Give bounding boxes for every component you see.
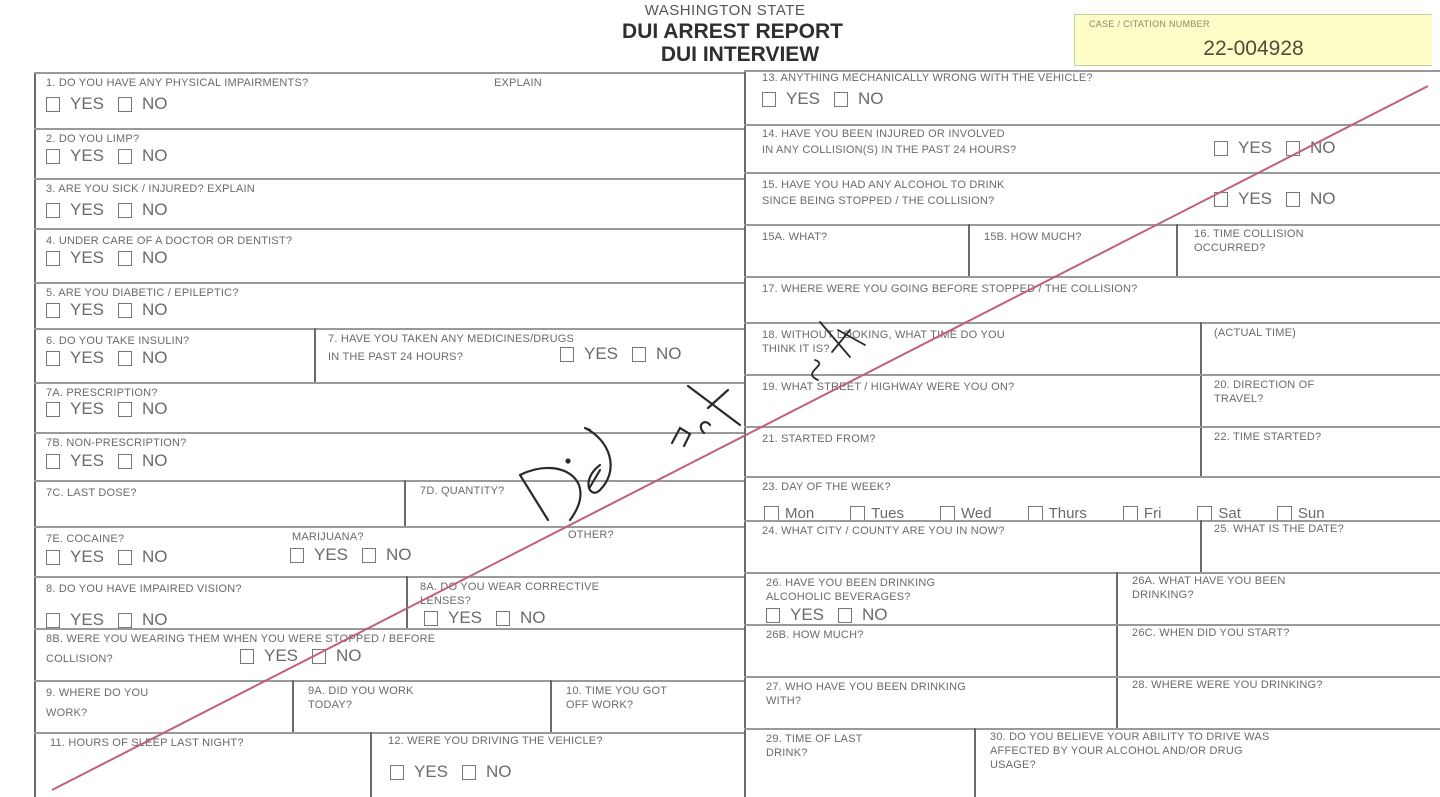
q7a-yes-checkbox[interactable] (46, 402, 60, 417)
marijuana-label: MARIJUANA? (292, 530, 364, 544)
case-number-box: CASE / CITATION NUMBER 22-004928 (1074, 14, 1432, 66)
question-21: 21. STARTED FROM? (762, 432, 876, 446)
row-divider (34, 328, 744, 330)
marijuana-yes-checkbox[interactable] (290, 548, 304, 563)
cell-divider (550, 680, 552, 732)
yes-label: YES (314, 545, 348, 565)
question-12: 12. WERE YOU DRIVING THE VEHICLE? (388, 734, 603, 748)
q8-no-checkbox[interactable] (118, 613, 132, 628)
wed-checkbox[interactable] (940, 506, 955, 521)
row-divider (744, 676, 1440, 678)
row-divider (744, 476, 1440, 478)
row-divider (744, 624, 1440, 626)
no-label: NO (1310, 138, 1336, 158)
question-8b: 8B. WERE YOU WEARING THEM WHEN YOU WERE … (46, 632, 435, 646)
mon-checkbox[interactable] (764, 506, 779, 521)
no-label: NO (1310, 189, 1336, 209)
no-label: NO (142, 94, 168, 114)
question-7: 7. HAVE YOU TAKEN ANY MEDICINES/DRUGS (328, 332, 574, 346)
yes-label: YES (786, 89, 820, 109)
q4-yes-checkbox[interactable] (46, 251, 60, 266)
row-divider (34, 628, 744, 630)
question-14-options: YES NO (1214, 138, 1350, 158)
question-7b-options: YES NO (46, 451, 182, 471)
question-26-line2: ALCOHOLIC BEVERAGES? (766, 590, 911, 604)
cell-divider (1116, 572, 1118, 728)
row-divider (34, 680, 744, 682)
question-13-options: YES NO (762, 89, 898, 109)
row-divider (744, 124, 1440, 126)
yes-label: YES (70, 348, 104, 368)
row-divider (34, 576, 744, 578)
question-20-line2: TRAVEL? (1214, 392, 1264, 406)
question-3: 3. ARE YOU SICK / INJURED? EXPLAIN (46, 182, 255, 196)
row-divider (34, 282, 744, 284)
no-label: NO (656, 344, 682, 364)
yes-label: YES (70, 200, 104, 220)
q12-no-checkbox[interactable] (462, 765, 476, 780)
q7-yes-checkbox[interactable] (560, 347, 574, 362)
question-27: 27. WHO HAVE YOU BEEN DRINKING (766, 680, 966, 694)
row-divider (34, 480, 744, 482)
q15-no-checkbox[interactable] (1286, 192, 1300, 207)
question-17: 17. WHERE WERE YOU GOING BEFORE STOPPED … (762, 282, 1138, 296)
question-4-options: YES NO (46, 248, 182, 268)
question-24: 24. WHAT CITY / COUNTY ARE YOU IN NOW? (762, 524, 1005, 538)
question-7-line2: IN THE PAST 24 HOURS? (328, 350, 463, 364)
question-1: 1. DO YOU HAVE ANY PHYSICAL IMPAIRMENTS? (46, 76, 308, 90)
question-5-options: YES NO (46, 300, 182, 320)
cell-divider (1176, 224, 1178, 278)
no-label: NO (142, 348, 168, 368)
q8a-no-checkbox[interactable] (496, 611, 510, 626)
question-13: 13. ANYTHING MECHANICALLY WRONG WITH THE… (762, 71, 1093, 85)
question-15-line2: SINCE BEING STOPPED / THE COLLISION? (762, 194, 994, 208)
no-label: NO (142, 399, 168, 419)
question-19: 19. WHAT STREET / HIGHWAY WERE YOU ON? (762, 380, 1014, 394)
row-divider (744, 374, 1440, 376)
question-7e: 7E. COCAINE? (46, 532, 124, 546)
question-4: 4. UNDER CARE OF A DOCTOR OR DENTIST? (46, 234, 292, 248)
yes-label: YES (70, 547, 104, 567)
cell-divider (404, 480, 406, 528)
yes-label: YES (70, 248, 104, 268)
yes-label: YES (70, 146, 104, 166)
q14-yes-checkbox[interactable] (1214, 141, 1228, 156)
q8b-no-checkbox[interactable] (312, 649, 326, 664)
row-divider (34, 72, 744, 74)
question-11: 11. HOURS OF SLEEP LAST NIGHT? (50, 736, 244, 750)
question-9-line2: WORK? (46, 706, 87, 720)
row-divider (744, 572, 1440, 574)
yes-label: YES (448, 608, 482, 628)
question-7b: 7B. NON-PRESCRIPTION? (46, 436, 187, 450)
q15-yes-checkbox[interactable] (1214, 192, 1228, 207)
form-title: DUI ARREST REPORT (560, 20, 905, 44)
question-16: 16. TIME COLLISION (1194, 227, 1304, 241)
yes-label: YES (1238, 138, 1272, 158)
q14-no-checkbox[interactable] (1286, 141, 1300, 156)
no-label: NO (142, 547, 168, 567)
question-15-options: YES NO (1214, 189, 1350, 209)
cell-divider (1200, 322, 1202, 476)
q3-yes-checkbox[interactable] (46, 203, 60, 218)
row-divider (744, 172, 1440, 174)
cell-divider (314, 328, 316, 382)
question-7-options: YES NO (560, 344, 696, 364)
q8a-yes-checkbox[interactable] (424, 611, 438, 626)
question-30-line2: AFFECTED BY YOUR ALCOHOL AND/OR DRUG (990, 744, 1243, 758)
question-10: 10. TIME YOU GOT (566, 684, 667, 698)
fri-checkbox[interactable] (1123, 506, 1138, 521)
q7b-no-checkbox[interactable] (118, 454, 132, 469)
question-5: 5. ARE YOU DIABETIC / EPILEPTIC? (46, 286, 239, 300)
q7e-no-checkbox[interactable] (118, 550, 132, 565)
question-29: 29. TIME OF LAST (766, 732, 863, 746)
yes-label: YES (70, 94, 104, 114)
row-divider (744, 426, 1440, 428)
q13-no-checkbox[interactable] (834, 92, 848, 107)
question-8a-options: YES NO (424, 608, 560, 628)
q2-no-checkbox[interactable] (118, 149, 132, 164)
question-2-options: YES NO (46, 146, 182, 166)
no-label: NO (142, 610, 168, 630)
question-29-line2: DRINK? (766, 746, 808, 760)
q6-yes-checkbox[interactable] (46, 351, 60, 366)
yes-label: YES (1238, 189, 1272, 209)
no-label: NO (486, 762, 512, 782)
question-8b-line2: COLLISION? (46, 652, 113, 666)
question-16-line2: OCCURRED? (1194, 241, 1265, 255)
question-26a-line2: DRINKING? (1132, 588, 1194, 602)
question-22: 22. TIME STARTED? (1214, 430, 1321, 444)
question-12-options: YES NO (390, 762, 526, 782)
q6-no-checkbox[interactable] (118, 351, 132, 366)
question-27-line2: WITH? (766, 694, 801, 708)
question-20: 20. DIRECTION OF (1214, 378, 1314, 392)
q1-yes-checkbox[interactable] (46, 97, 60, 112)
tues-checkbox[interactable] (850, 506, 865, 521)
q7-no-checkbox[interactable] (632, 347, 646, 362)
handwritten-did-not (520, 386, 740, 520)
q5-no-checkbox[interactable] (118, 303, 132, 318)
question-30-line3: USAGE? (990, 758, 1036, 772)
actual-time-label: (ACTUAL TIME) (1214, 326, 1296, 340)
question-26: 26. HAVE YOU BEEN DRINKING (766, 576, 935, 590)
question-9a: 9A. DID YOU WORK (308, 684, 414, 698)
no-label: NO (336, 646, 362, 666)
question-28: 28. WHERE WERE YOU DRINKING? (1132, 678, 1323, 692)
q26-no-checkbox[interactable] (838, 608, 852, 623)
q13-yes-checkbox[interactable] (762, 92, 776, 107)
no-label: NO (858, 89, 884, 109)
case-number-value: 22-004928 (1075, 37, 1432, 61)
yes-label: YES (70, 610, 104, 630)
form-center-divider (744, 72, 746, 797)
form-state-heading: WASHINGTON STATE (560, 2, 890, 19)
no-label: NO (386, 545, 412, 565)
question-30: 30. DO YOU BELIEVE YOUR ABILITY TO DRIVE… (990, 730, 1269, 744)
case-number-label: CASE / CITATION NUMBER (1089, 19, 1210, 29)
yes-label: YES (264, 646, 298, 666)
row-divider (744, 322, 1440, 324)
question-6: 6. DO YOU TAKE INSULIN? (46, 334, 189, 348)
question-7d: 7D. QUANTITY? (420, 484, 505, 498)
question-26b: 26B. HOW MUCH? (766, 628, 864, 642)
yes-label: YES (414, 762, 448, 782)
no-label: NO (142, 200, 168, 220)
row-divider (34, 382, 744, 384)
form-subtitle: DUI INTERVIEW (590, 43, 890, 67)
question-7a-options: YES NO (46, 399, 182, 419)
question-25: 25. WHAT IS THE DATE? (1214, 522, 1344, 536)
question-8b-options: YES NO (240, 646, 376, 666)
question-26-options: YES NO (766, 605, 902, 625)
question-9a-line2: TODAY? (308, 698, 352, 712)
yes-label: YES (584, 344, 618, 364)
q5-yes-checkbox[interactable] (46, 303, 60, 318)
q12-yes-checkbox[interactable] (390, 765, 404, 780)
question-7a: 7A. PRESCRIPTION? (46, 386, 158, 400)
cell-divider (406, 576, 408, 628)
form-left-border (34, 72, 36, 797)
cell-divider (974, 728, 976, 797)
q7e-yes-checkbox[interactable] (46, 550, 60, 565)
question-10-line2: OFF WORK? (566, 698, 633, 712)
thurs-checkbox[interactable] (1028, 506, 1043, 521)
q8-yes-checkbox[interactable] (46, 613, 60, 628)
yes-label: YES (70, 399, 104, 419)
q8b-yes-checkbox[interactable] (240, 649, 254, 664)
row-divider (34, 128, 744, 130)
marijuana-no-checkbox[interactable] (362, 548, 376, 563)
row-divider (744, 276, 1440, 278)
cell-divider (292, 680, 294, 732)
question-1-options: YES NO (46, 94, 182, 114)
question-1-explain-label: EXPLAIN (494, 76, 542, 90)
question-2: 2. DO YOU LIMP? (46, 132, 139, 146)
yes-label: YES (70, 451, 104, 471)
row-divider (34, 228, 744, 230)
q1-no-checkbox[interactable] (118, 97, 132, 112)
other-label: OTHER? (568, 528, 614, 542)
question-23: 23. DAY OF THE WEEK? (762, 480, 891, 494)
question-7c: 7C. LAST DOSE? (46, 486, 137, 500)
row-divider (34, 526, 744, 528)
cell-divider (968, 224, 970, 278)
q4-no-checkbox[interactable] (118, 251, 132, 266)
q3-no-checkbox[interactable] (118, 203, 132, 218)
question-8a-line2: LENSES? (420, 594, 471, 608)
sat-checkbox[interactable] (1197, 506, 1212, 521)
question-3-options: YES NO (46, 200, 182, 220)
yes-label: YES (790, 605, 824, 625)
q26-yes-checkbox[interactable] (766, 608, 780, 623)
question-8-options: YES NO (46, 610, 182, 630)
question-18-line2: THINK IT IS? (762, 342, 830, 356)
question-14-line2: IN ANY COLLISION(S) IN THE PAST 24 HOURS… (762, 143, 1016, 157)
q2-yes-checkbox[interactable] (46, 149, 60, 164)
question-8: 8. DO YOU HAVE IMPAIRED VISION? (46, 582, 242, 596)
question-7e-options: YES NO (46, 547, 182, 567)
question-15b: 15B. HOW MUCH? (984, 230, 1082, 244)
question-15: 15. HAVE YOU HAD ANY ALCOHOL TO DRINK (762, 178, 1005, 192)
cell-divider (1200, 520, 1202, 574)
q7b-yes-checkbox[interactable] (46, 454, 60, 469)
no-label: NO (142, 146, 168, 166)
sun-checkbox[interactable] (1277, 506, 1292, 521)
question-8a: 8A. DO YOU WEAR CORRECTIVE (420, 580, 599, 594)
no-label: NO (142, 451, 168, 471)
no-label: NO (142, 300, 168, 320)
cell-divider (370, 732, 372, 797)
question-26c: 26C. WHEN DID YOU START? (1132, 626, 1290, 640)
question-6-options: YES NO (46, 348, 182, 368)
question-18: 18. WITHOUT LOOKING, WHAT TIME DO YOU (762, 328, 1005, 342)
question-15a: 15A. WHAT? (762, 230, 827, 244)
no-label: NO (862, 605, 888, 625)
row-divider (34, 432, 744, 434)
row-divider (34, 178, 744, 180)
no-label: NO (142, 248, 168, 268)
question-26a: 26A. WHAT HAVE YOU BEEN (1132, 574, 1286, 588)
question-14: 14. HAVE YOU BEEN INJURED OR INVOLVED (762, 127, 1005, 141)
question-9: 9. WHERE DO YOU (46, 686, 148, 700)
q7a-no-checkbox[interactable] (118, 402, 132, 417)
marijuana-options: YES NO (290, 545, 426, 565)
row-divider (744, 224, 1440, 226)
yes-label: YES (70, 300, 104, 320)
no-label: NO (520, 608, 546, 628)
